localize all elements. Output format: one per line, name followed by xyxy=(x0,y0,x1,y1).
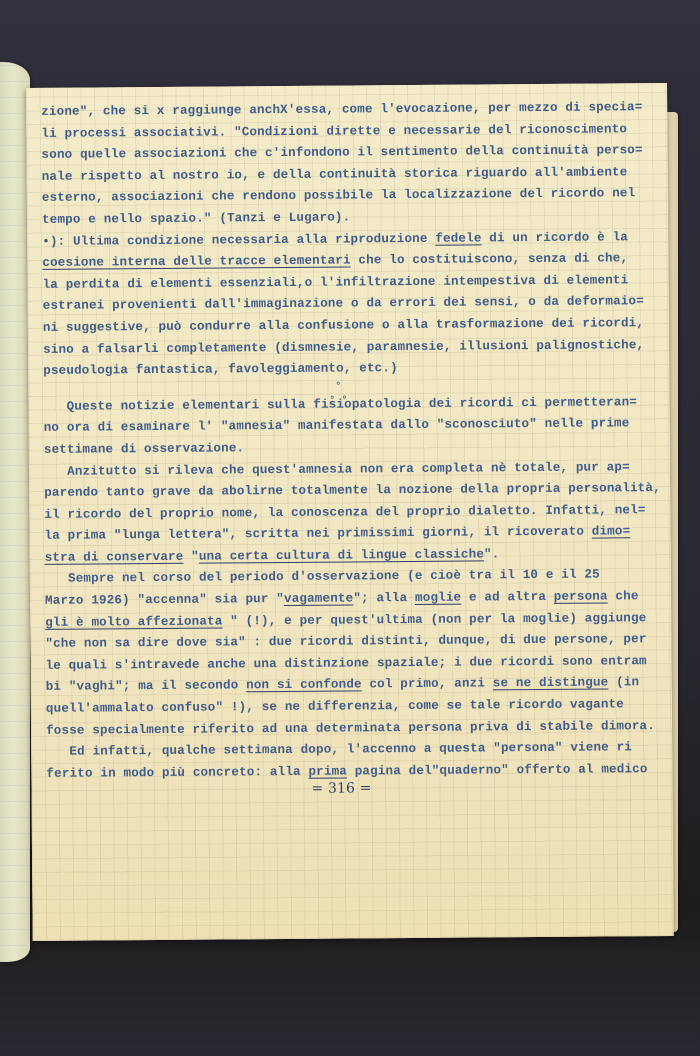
text-segment: fosse specialmente riferito ad una deter… xyxy=(46,719,655,738)
text-segment: la prima "lunga lettera", scritta nei pr… xyxy=(44,525,591,543)
paragraph-block-tanzi-lugaro: zione", che si x raggiunge anchX'essa, c… xyxy=(41,97,663,383)
underlined-text: fedele xyxy=(435,231,481,245)
text-segment: ferito in modo più concreto: alla xyxy=(46,765,308,781)
text-segment: sono quelle associazioni che c'infondono… xyxy=(41,143,642,162)
previous-page-edge xyxy=(0,62,30,962)
text-segment: Queste notizie elementari sulla fisiopat… xyxy=(43,395,637,414)
text-segment: le quali s'intravede anche una distinzio… xyxy=(45,654,646,673)
text-segment: pagina del"quaderno" offerto al medico xyxy=(347,762,648,778)
text-segment: " xyxy=(183,550,199,564)
underlined-text: moglie xyxy=(415,591,461,605)
paragraph-block-amnesia: Queste notizie elementari sulla fisiopat… xyxy=(43,392,666,786)
underlined-text: coesione interna delle tracce elementari xyxy=(42,254,350,270)
text-segment: "; alla xyxy=(353,591,415,605)
text-segment: quell'ammalato confuso" !), se ne differ… xyxy=(46,697,624,716)
text-segment: estranei provenienti dall'immaginazione … xyxy=(43,294,644,313)
text-segment: ". xyxy=(484,547,500,561)
text-segment: di un ricordo è la xyxy=(481,230,628,245)
text-segment: no ora di esaminare l' "amnesia" manifes… xyxy=(44,417,630,436)
typewritten-page: zione", che si x raggiunge anchX'essa, c… xyxy=(26,83,674,941)
underlined-text: prima xyxy=(308,764,347,778)
text-segment: li processi associativi. "Condizioni dir… xyxy=(41,122,627,141)
text-segment: nale rispetto al nostro io, e della cont… xyxy=(42,165,628,184)
text-segment: il ricordo del proprio nome, la conoscen… xyxy=(44,503,645,522)
text-segment: la perdita di elementi essenziali,o l'in… xyxy=(42,273,628,292)
text-segment: Marzo 1926) "accenna" sia pur " xyxy=(45,592,284,608)
underlined-text: se ne distingue xyxy=(493,676,609,691)
text-segment: X xyxy=(280,103,288,117)
text-segment: che lo costituiscono, senza di che, xyxy=(351,251,629,267)
text-segment: Sempre nel corso del periodo d'osservazi… xyxy=(45,568,600,586)
text-segment: raggiunge anch xyxy=(164,103,280,118)
text-segment: che xyxy=(608,589,639,603)
underlined-text: vagamente xyxy=(284,592,353,607)
underlined-text: stra di conservare xyxy=(45,550,184,565)
underlined-text: dimo= xyxy=(592,525,631,539)
text-segment: settimane di osservazione. xyxy=(44,441,245,457)
text-segment: 'essa, come l'evocazione, per mezzo di s… xyxy=(288,100,643,117)
underlined-text: non si confonde xyxy=(246,678,362,693)
text-segment: sino a falsarli completamente (dismnesie… xyxy=(43,338,644,357)
text-segment: " (!), e per quest'ultima (non per la mo… xyxy=(222,611,646,628)
text-segment: Ed infatti, qualche settimana dopo, l'ac… xyxy=(46,740,632,759)
underlined-text: una certa cultura di lingue classiche xyxy=(199,547,484,563)
underlined-text: persona xyxy=(554,590,608,604)
text-segment: e ad altra xyxy=(461,590,554,605)
text-segment: Anzitutto si rileva che quest'amnesia no… xyxy=(44,460,630,479)
text-segment: (in xyxy=(608,676,639,690)
page-text: zione", che si x raggiunge anchX'essa, c… xyxy=(41,97,666,799)
text-segment: bi "vaghi"; ma il secondo xyxy=(46,679,247,695)
text-segment: tempo e nello spazio." (Tanzi e Lugaro). xyxy=(42,210,350,226)
text-segment: esterno, associazioni che rendono possib… xyxy=(42,187,636,206)
text-segment: pseudologia fantastica, favoleggiamento,… xyxy=(43,361,398,378)
underlined-text: gli è molto affezionata xyxy=(45,614,222,629)
text-segment: zione", che si xyxy=(41,104,157,119)
text-segment: ni suggestive, può condurre alla confusi… xyxy=(43,316,644,335)
text-segment: "che non sa dire dove sia" : due ricordi… xyxy=(45,632,646,651)
text-segment: •): Ultima condizione necessaria alla ri… xyxy=(42,231,435,248)
text-segment: col primo, anzi xyxy=(362,677,493,692)
text-segment: parendo tanto grave da abolirne totalmen… xyxy=(44,481,661,500)
